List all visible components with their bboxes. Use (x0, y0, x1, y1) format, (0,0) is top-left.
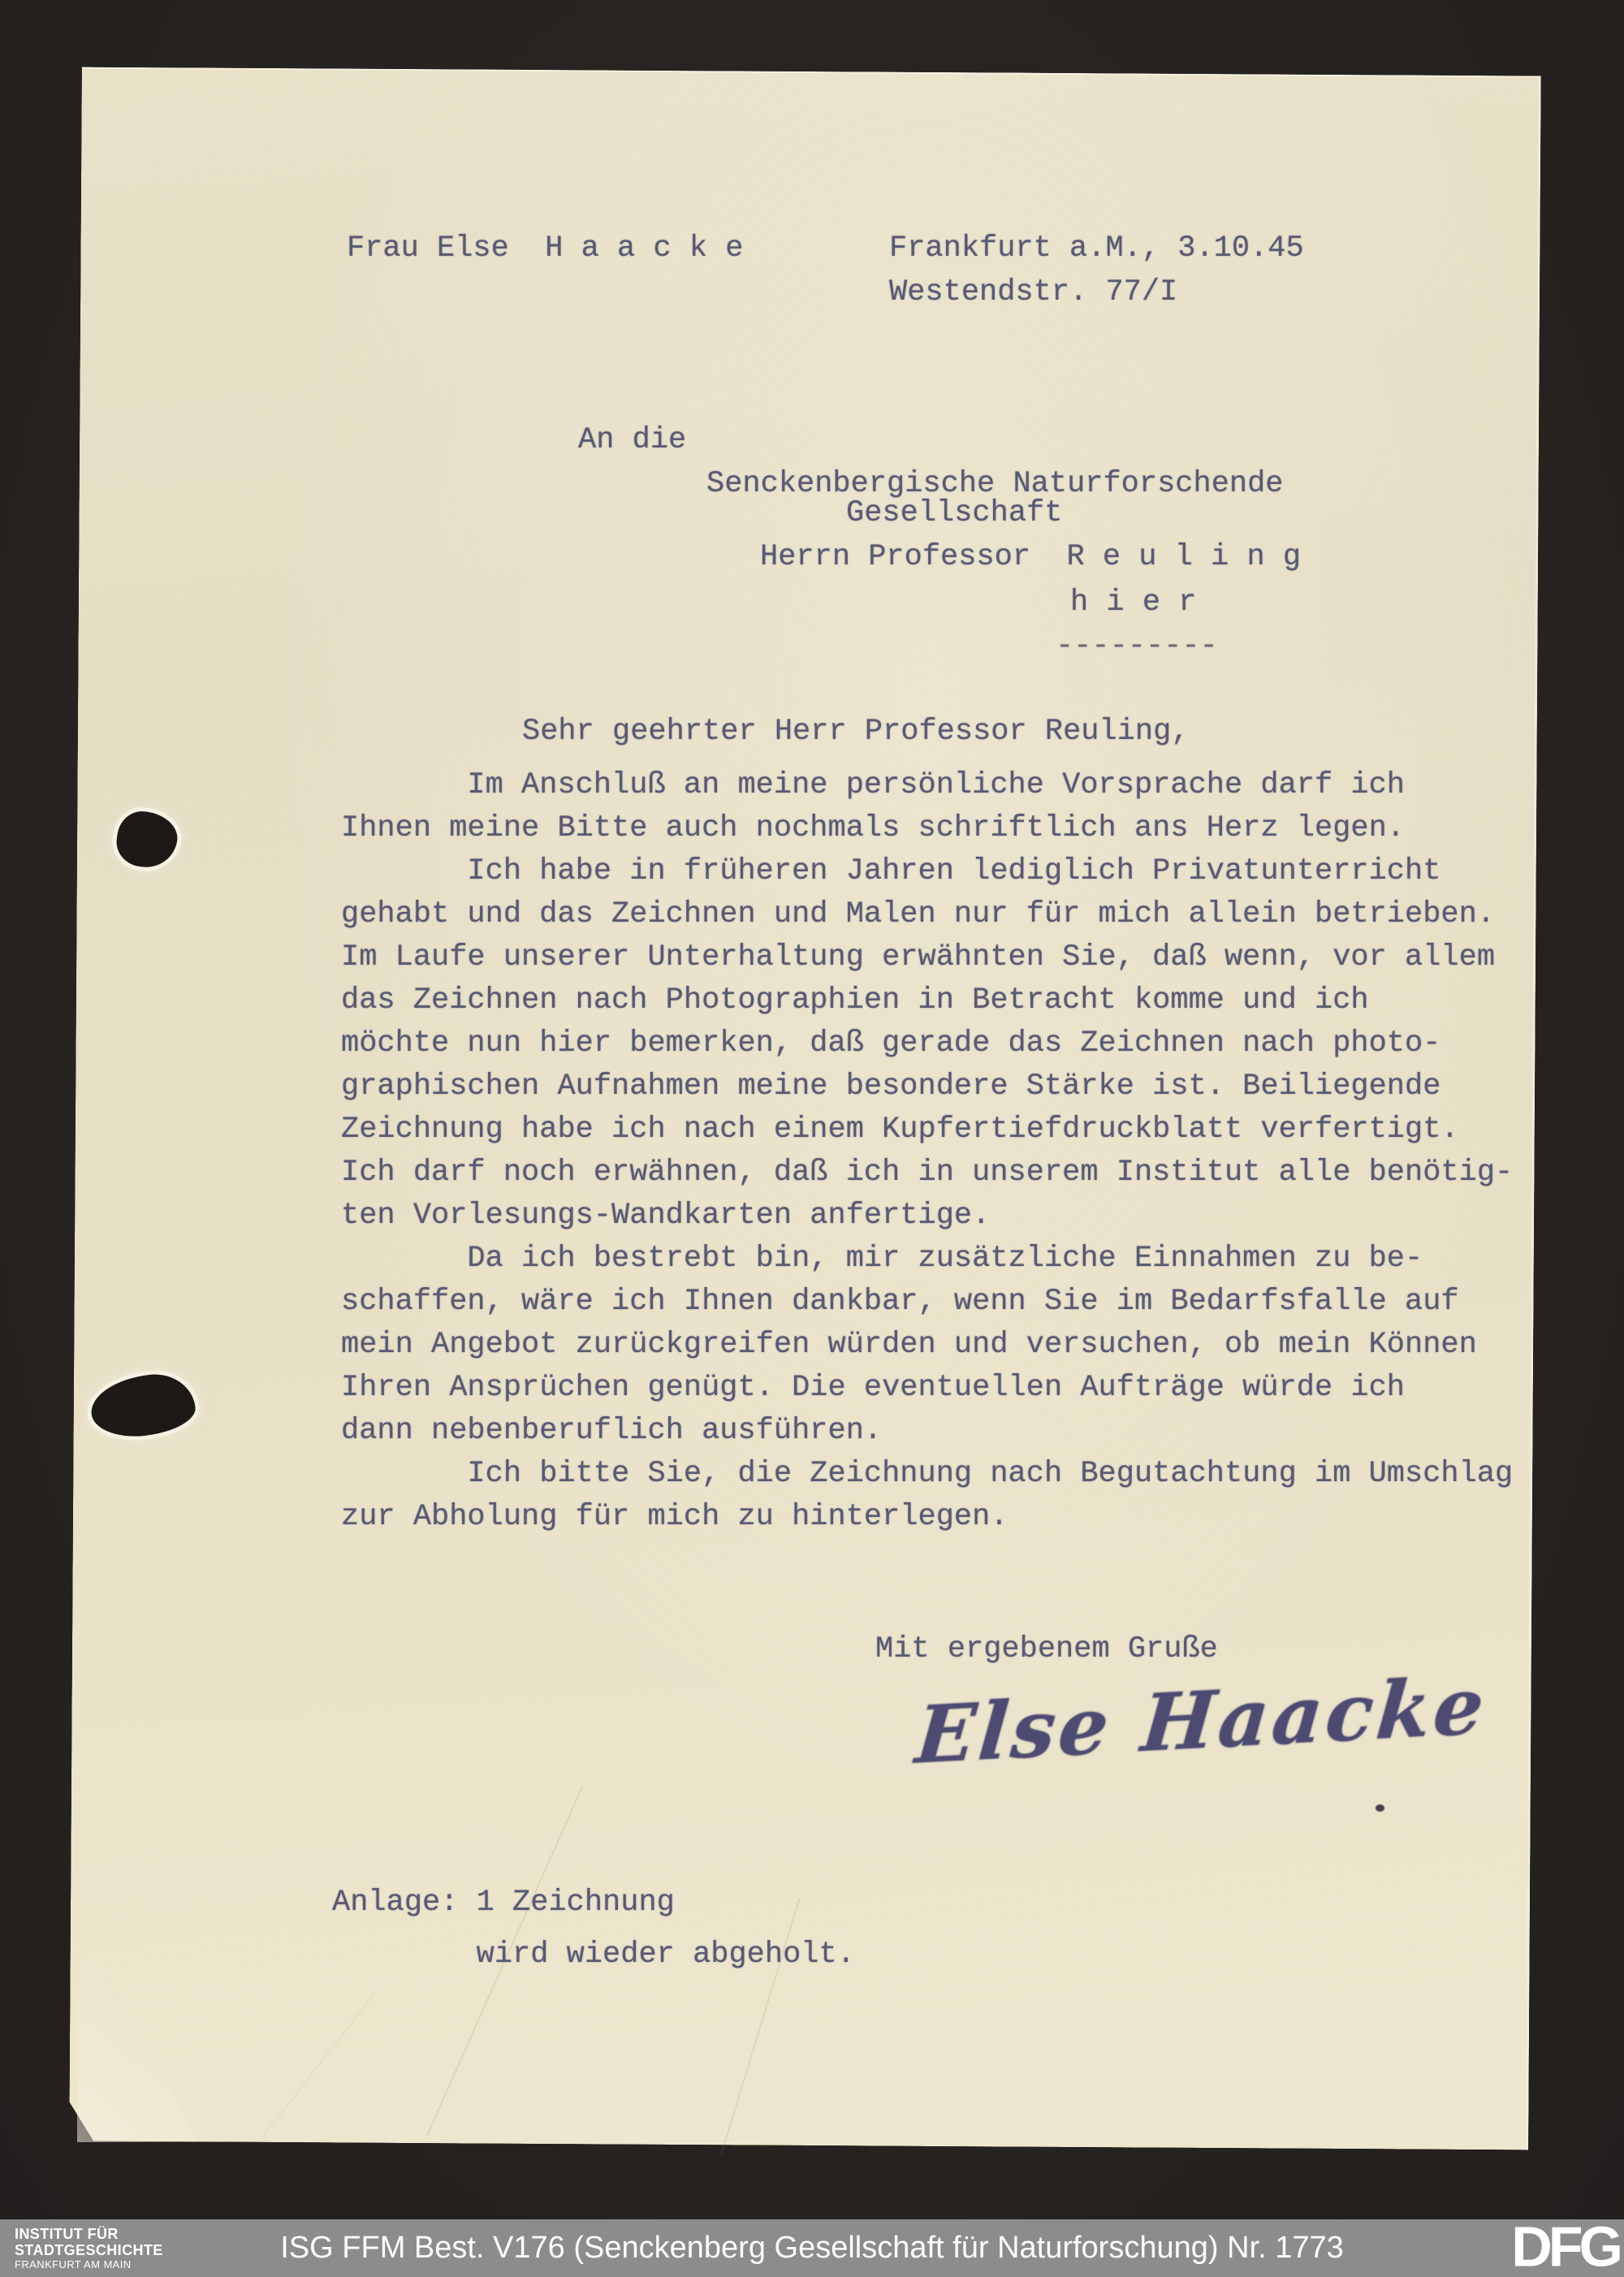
letter-line: möchte nun hier bemerken, daß gerade das… (341, 1022, 1513, 1065)
letter-body: Im Anschluß an meine persönliche Vorspra… (341, 764, 1513, 1539)
sender-street: Westendstr. 77/I (889, 273, 1177, 312)
letter-line: zur Abholung für mich zu hinterlegen. (341, 1496, 1513, 1539)
letter-line: schaffen, wäre ich Ihnen dankbar, wenn S… (341, 1281, 1513, 1324)
archive-reference: ISG FFM Best. V176 (Senckenberg Gesellsc… (0, 2219, 1624, 2277)
letter-line: Zeichnung habe ich nach einem Kupfertief… (341, 1108, 1513, 1151)
recipient-organization-line2: Gesellschaft (846, 494, 1062, 533)
dfg-logo: DFG (1511, 2214, 1619, 2277)
recipient-underline: --------- (1056, 627, 1218, 666)
letter-line: Ihnen meine Bitte auch nochmals schriftl… (341, 807, 1513, 850)
scanned-letter-page: Frau Else H a a c k e Frankfurt a.M., 3.… (0, 0, 1624, 2277)
letter-line: graphischen Aufnahmen meine besondere St… (341, 1065, 1513, 1108)
letter-line: Ich bitte Sie, die Zeichnung nach Beguta… (341, 1453, 1513, 1496)
letter-line: wird wieder abgeholt. (332, 1929, 855, 1981)
enclosure-note: Anlage: 1 Zeichnung wird wieder abgeholt… (332, 1877, 855, 1981)
ink-dot (1376, 1804, 1384, 1812)
letter-line: Ihren Ansprüchen genügt. Die eventuellen… (341, 1367, 1513, 1410)
recipient-attention: Herrn Professor R e u l i n g (760, 538, 1301, 577)
letter-line: Da ich bestrebt bin, mir zusätzliche Ein… (341, 1238, 1513, 1281)
letter-line: mein Angebot zurückgreifen würden und ve… (341, 1324, 1513, 1367)
letter-line: Im Laufe unserer Unterhaltung erwähnten … (341, 936, 1513, 979)
letter-line: Im Anschluß an meine persönliche Vorspra… (341, 764, 1513, 807)
place-and-date: Frankfurt a.M., 3.10.45 (889, 229, 1304, 268)
letter-line: Ich habe in früheren Jahren lediglich Pr… (341, 850, 1513, 893)
recipient-place: h i e r (1070, 583, 1196, 622)
letter-line: Anlage: 1 Zeichnung (332, 1877, 855, 1929)
letter-line: dann nebenberuflich ausführen. (341, 1410, 1513, 1453)
salutation: Sehr geehrter Herr Professor Reuling, (522, 712, 1190, 751)
letter-line: gehabt und das Zeichnen und Malen nur fü… (341, 893, 1513, 936)
letter-line: das Zeichnen nach Photographien in Betra… (341, 979, 1513, 1022)
archive-footer-bar: INSTITUT FÜR STADTGESCHICHTE FRANKFURT A… (0, 2219, 1624, 2277)
letter-line: Ich darf noch erwähnen, daß ich in unser… (341, 1151, 1513, 1195)
letter-line: ten Vorlesungs-Wandkarten anfertige. (341, 1195, 1513, 1238)
sender-name: Frau Else H a a c k e (347, 229, 743, 268)
recipient-intro: An die (578, 421, 686, 460)
closing-phrase: Mit ergebenem Gruße (875, 1630, 1218, 1669)
